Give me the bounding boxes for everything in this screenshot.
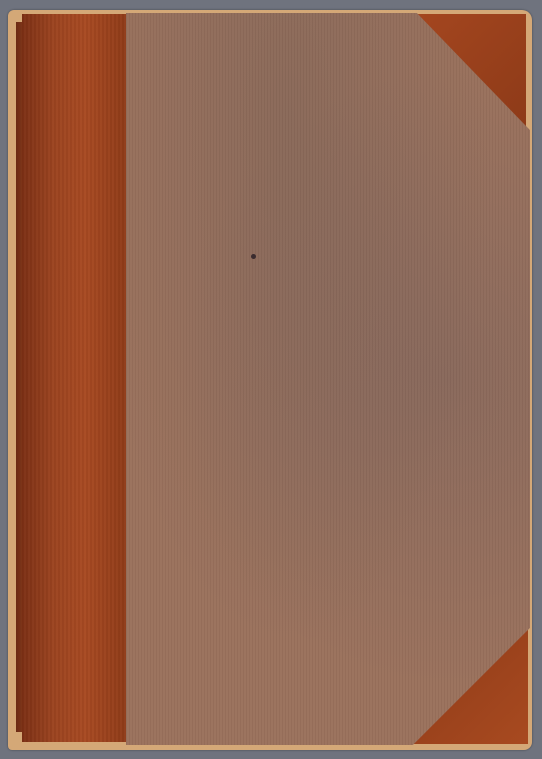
stain-spot xyxy=(251,254,256,259)
cloth-cover-panel xyxy=(126,13,530,745)
leather-spine xyxy=(22,14,128,742)
book-cover xyxy=(8,10,532,750)
